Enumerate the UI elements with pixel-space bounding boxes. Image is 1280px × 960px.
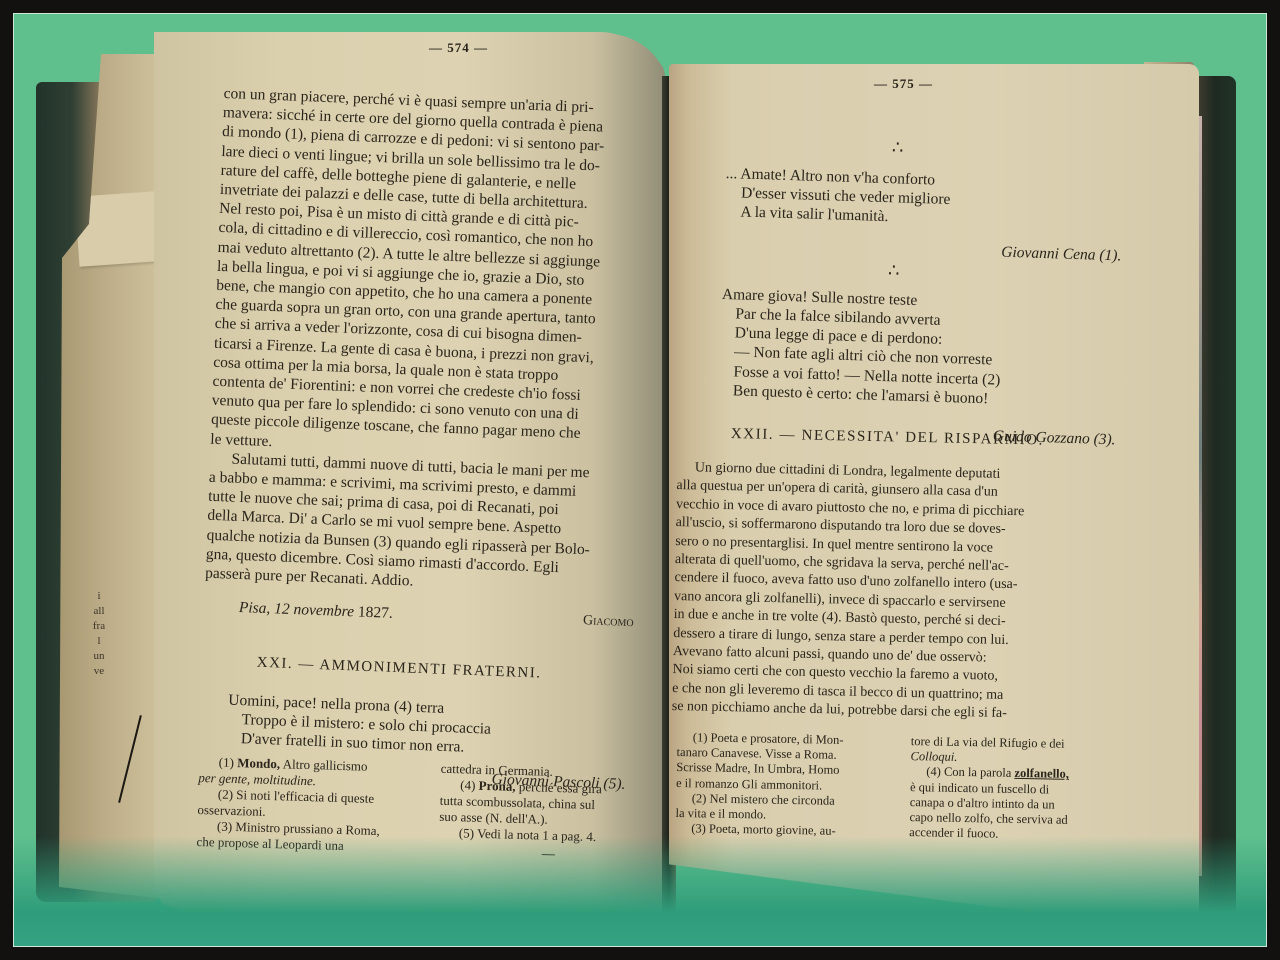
footnotes-right: (1) Poeta e prosatore, di Mon- tanaro Ca… [675, 730, 1132, 844]
footnote-marker: (3) [691, 821, 706, 835]
place-date: Pisa, 12 novembre 1827. [239, 598, 394, 623]
prose-risparmio: Un giorno due cittadini di Londra, legal… [672, 459, 1122, 726]
page-number-left: — 574 — [429, 40, 488, 56]
footnotes-column-2: tore di La via del Rifugio e dei Colloqu… [909, 734, 1131, 844]
right-verse-block: ∴ ... Amate! Altro non v'ha conforto D'e… [717, 134, 1126, 450]
edge-letter: fra [84, 619, 114, 634]
page-tear [118, 715, 142, 803]
footnote-term: Prona, [478, 778, 515, 794]
footnote-marker: (2) [218, 787, 234, 802]
asterism-icon: ∴ [726, 134, 1126, 163]
poem-cena: ... Amate! Altro non v'ha conforto D'ess… [724, 164, 1126, 234]
place-date-text: Pisa, 12 novembre [239, 599, 355, 620]
footnote-marker: (4) [926, 765, 941, 779]
footnote-marker: (2) [692, 791, 707, 805]
footnote-text: Nel mistero che circonda [709, 791, 835, 807]
footnote-text: Poeta, morto giovine, au- [709, 822, 836, 838]
edge-letter: un [84, 649, 114, 664]
left-page: — 574 — con un gran piacere, perché vi è… [154, 32, 669, 937]
right-page: — 575 — ∴ ... Amate! Altro non v'ha conf… [669, 64, 1199, 934]
footnote-text: perché essa gira [519, 779, 602, 796]
footnote-line: accender il fuoco. [909, 825, 1129, 844]
edge-letter: all [84, 604, 114, 619]
footnote-text: Altro gallicismo [283, 756, 368, 773]
photo-frame: S R L V V I i all fra l un ve — 574 — co… [13, 13, 1267, 947]
poem-pascoli: Uomini, pace! nella prona (4) terra Trop… [199, 689, 631, 763]
footnotes-column-1: (1) Poeta e prosatore, di Mon- tanaro Ca… [675, 730, 897, 840]
letter-signature-line: Pisa, 12 novembre 1827. Giacomo [204, 597, 634, 633]
footnote-marker: (4) [460, 777, 476, 792]
year: 1827. [358, 604, 394, 622]
footnote-marker: (1) [219, 755, 235, 770]
footnote-marker: (5) [459, 825, 475, 840]
footnotes-column-2: cattedra in Germania. (4) Prona, perché … [438, 761, 661, 865]
footnote-term: zolfanello, [1014, 766, 1069, 781]
footnotes-column-1: (1) Mondo, Altro gallicismo per gente, m… [196, 754, 419, 858]
edge-letter: l [84, 634, 114, 649]
section-title-xxi: XXI. — AMMONIMENTI FRATERNI. [201, 652, 631, 688]
edge-letter: ve [84, 664, 114, 679]
letter-body: con un gran piacere, perché vi è quasi s… [197, 84, 653, 794]
footnote-text: Poeta e prosatore, di Mon- [710, 731, 843, 747]
footnote-marker: (3) [217, 819, 233, 834]
footnote: (3) Poeta, morto giovine, au- [675, 821, 895, 840]
footnote-term: Mondo, [237, 755, 280, 771]
footnote-marker: (1) [693, 730, 708, 744]
end-dash: — [438, 843, 658, 865]
edge-letter: i [84, 589, 114, 604]
edge-text-fragment-low: i all fra l un ve [84, 589, 114, 679]
signature: Giacomo [583, 611, 634, 632]
footnote-text: Con la parola [944, 765, 1012, 780]
page-number-right: — 575 — [874, 76, 933, 92]
footnotes-left: (1) Mondo, Altro gallicismo per gente, m… [196, 754, 664, 865]
poem-gozzano: Amare giova! Sulle nostre teste Par che … [719, 285, 1122, 413]
footnote-text: Vedi la nota 1 a pag. 4. [477, 826, 597, 844]
